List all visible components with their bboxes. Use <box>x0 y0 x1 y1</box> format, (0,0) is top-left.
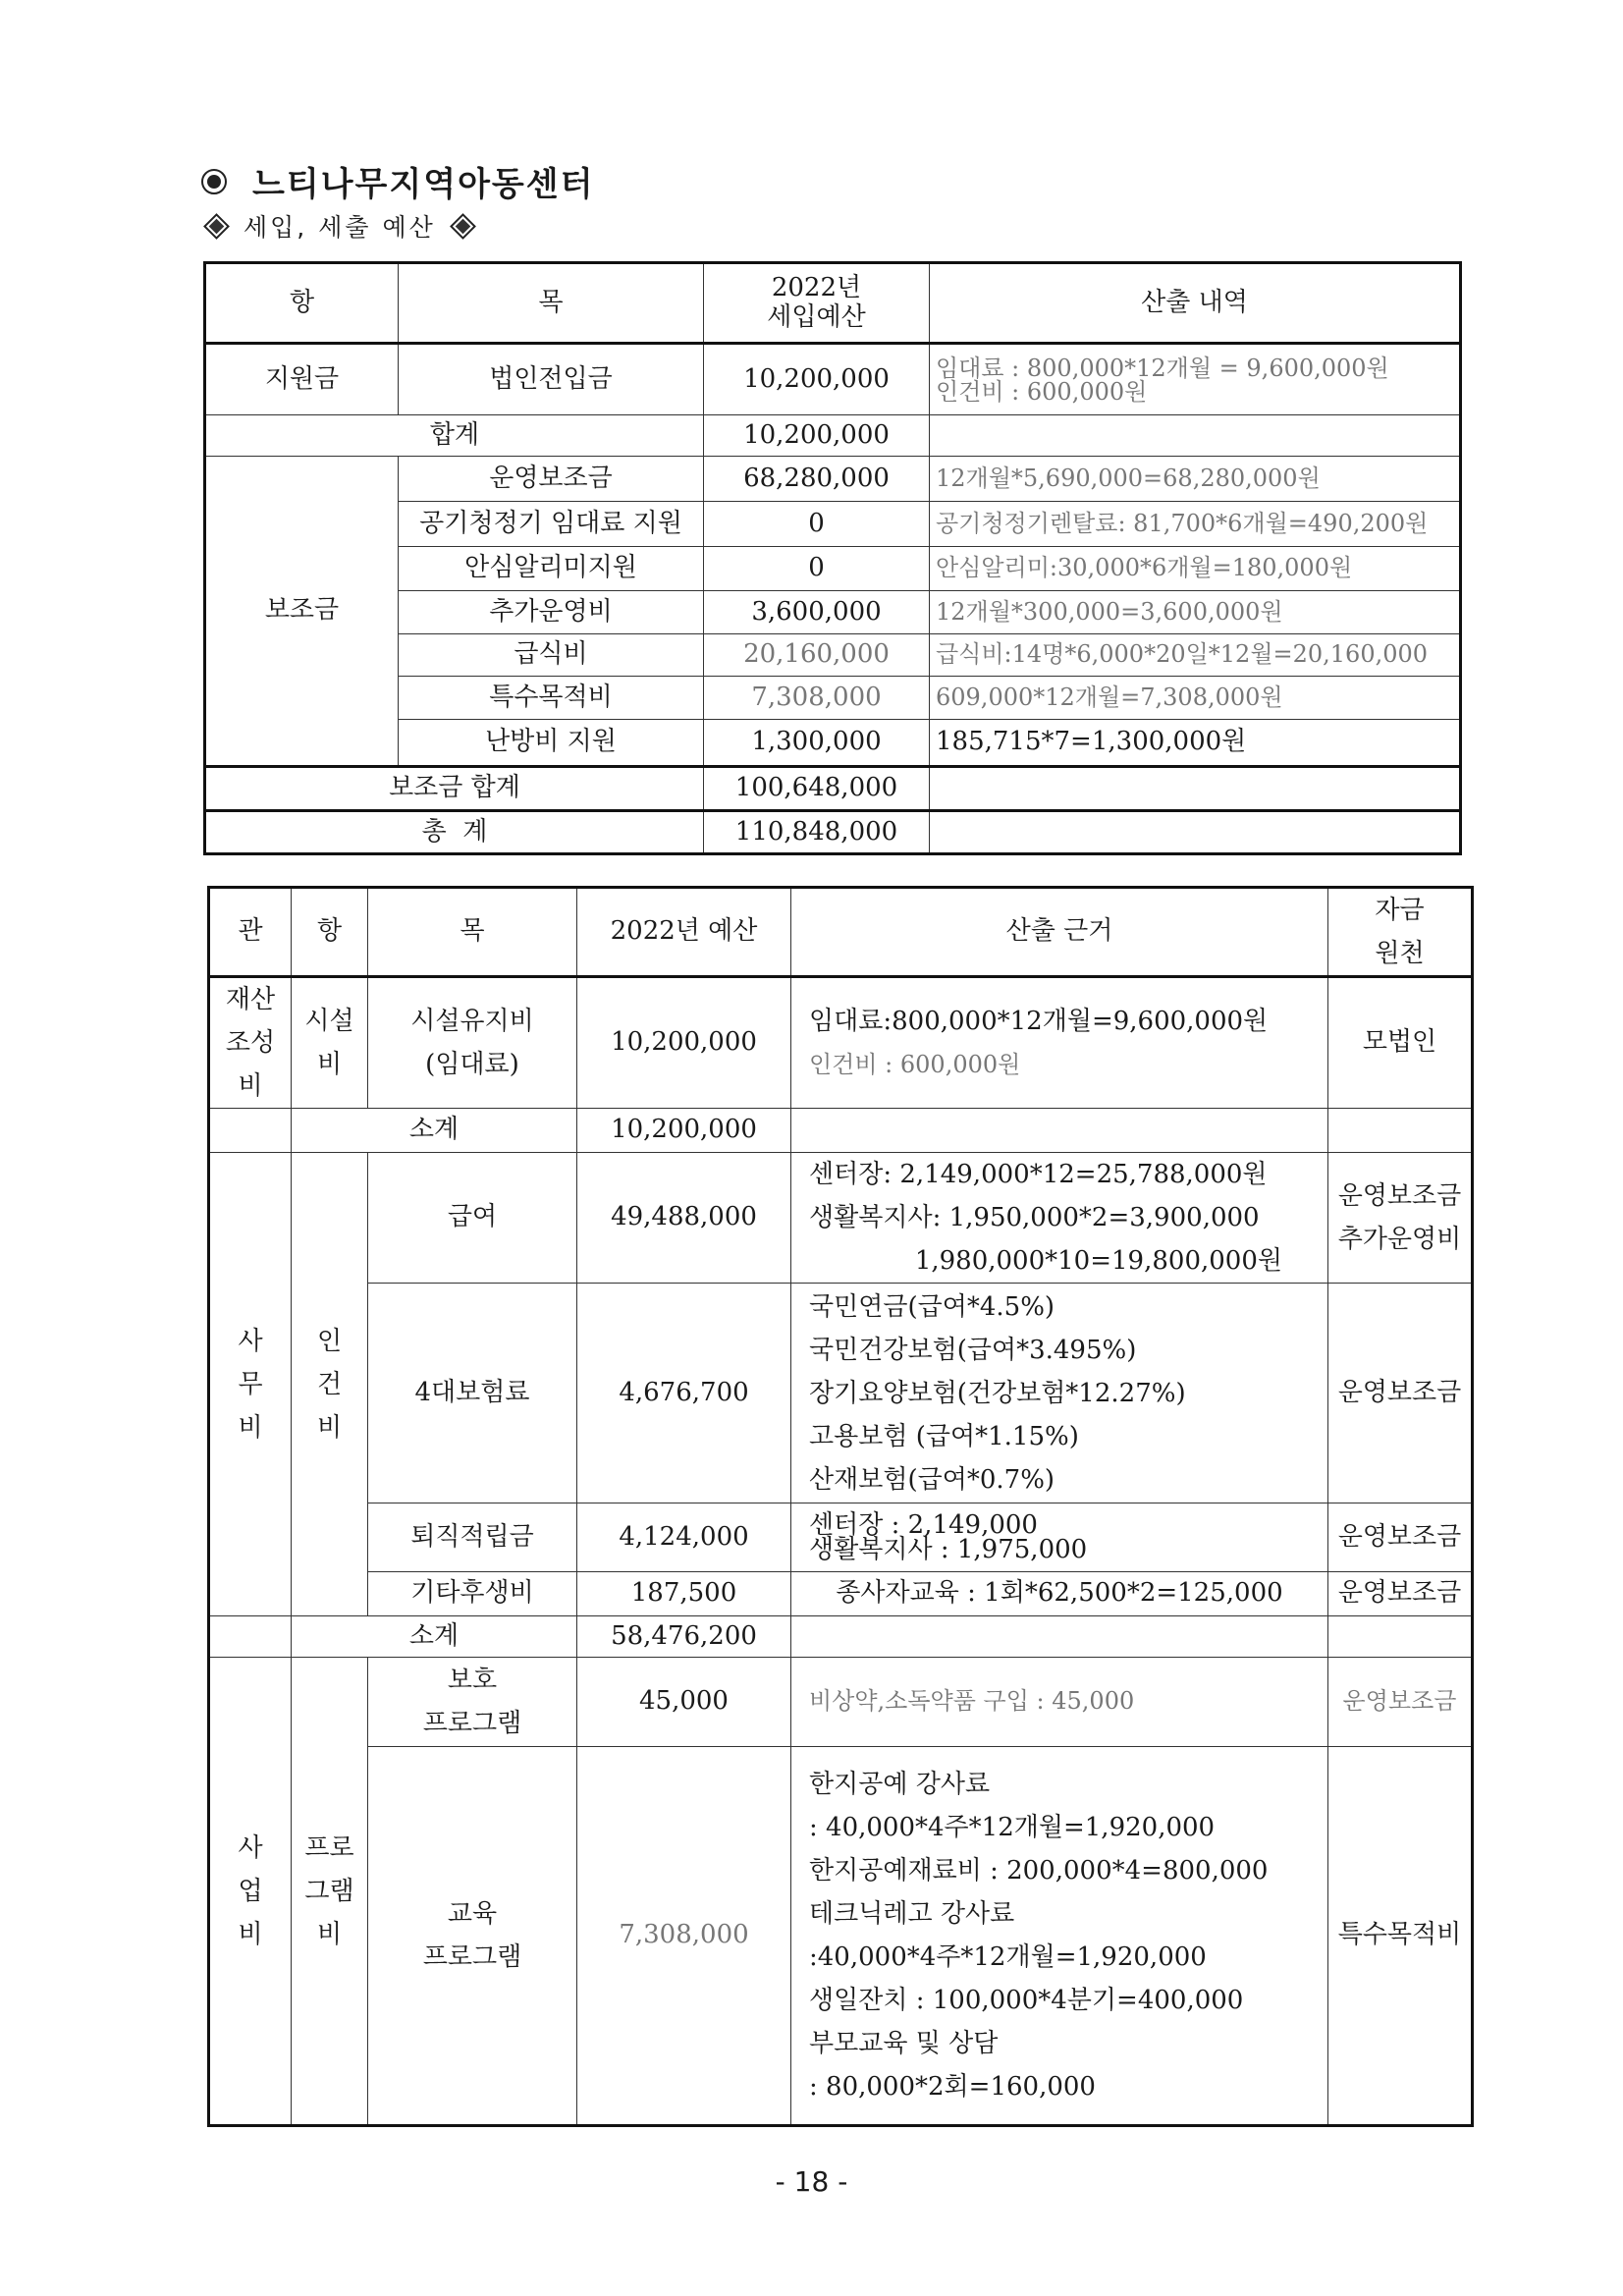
detail-cell: 임대료 : 800,000*12개월 = 9,600,000원 인건비 : 60… <box>930 344 1461 415</box>
hang-cell: 프로그램비 <box>292 1658 368 2126</box>
diamond-bullet-icon <box>450 213 476 240</box>
subtotal-row: 소계 58,476,200 <box>209 1616 1473 1658</box>
total-label: 합계 <box>205 415 704 457</box>
amount-cell: 10,200,000 <box>704 344 930 415</box>
circle-bullet-icon <box>201 169 227 194</box>
mok-cell: 법인전입금 <box>399 344 704 415</box>
grand-total-row: 총 계 110,848,000 <box>205 811 1461 854</box>
table-row: 합계 10,200,000 <box>205 415 1461 457</box>
page-number: - 18 - <box>0 2165 1623 2198</box>
table-row: 보조금 운영보조금 68,280,000 12개월*5,690,000=68,2… <box>205 457 1461 502</box>
table-row: 지원금 법인전입금 10,200,000 임대료 : 800,000*12개월 … <box>205 344 1461 415</box>
table-header-row: 관 항 목 2022년 예산 산출 근거 자금원천 <box>209 888 1473 977</box>
header-budget: 2022년세입예산 <box>704 263 930 344</box>
center-name: 느티나무지역아동센터 <box>252 157 594 205</box>
header-hang: 항 <box>205 263 399 344</box>
subtotal-row: 소계 10,200,000 <box>209 1109 1473 1153</box>
income-budget-table: 항 목 2022년세입예산 산출 내역 지원금 법인전입금 10,200,000… <box>203 261 1462 855</box>
header-gwan: 관 <box>209 888 292 977</box>
hang-cell: 지원금 <box>205 344 399 415</box>
gwan-cell: 사업비 <box>209 1658 292 2126</box>
page-title: 느티나무지역아동센터 <box>201 157 594 205</box>
mok-cell: 시설유지비(임대료) <box>368 977 577 1109</box>
header-hang: 항 <box>292 888 368 977</box>
table-row: 재산조성비 시설비 시설유지비(임대료) 10,200,000 임대료:800,… <box>209 977 1473 1109</box>
table-row: 4대보험료 4,676,700 국민연금(급여*4.5%)국민건강보험(급여*3… <box>209 1284 1473 1503</box>
hang-cell: 보조금 <box>205 457 399 767</box>
header-source: 자금원천 <box>1328 888 1473 977</box>
table-header-row: 항 목 2022년세입예산 산출 내역 <box>205 263 1461 344</box>
section-subtitle: 세입, 세출 예산 <box>201 208 478 244</box>
header-basis: 산출 근거 <box>791 888 1328 977</box>
subtitle-text: 세입, 세출 예산 <box>243 208 436 244</box>
total-amount: 10,200,000 <box>704 415 930 457</box>
hang-cell: 시설비 <box>292 977 368 1109</box>
header-mok: 목 <box>399 263 704 344</box>
header-mok: 목 <box>368 888 577 977</box>
header-budget: 2022년 예산 <box>577 888 791 977</box>
subsidy-total-row: 보조금 합계 100,648,000 <box>205 767 1461 811</box>
header-detail: 산출 내역 <box>930 263 1461 344</box>
gwan-cell: 재산조성비 <box>209 977 292 1109</box>
table-row: 사무비 인건비 급여 49,488,000 센터장: 2,149,000*12=… <box>209 1153 1473 1284</box>
table-row: 기타후생비 187,500 종사자교육 : 1회*62,500*2=125,00… <box>209 1572 1473 1616</box>
hang-cell: 인건비 <box>292 1153 368 1616</box>
gwan-cell: 사무비 <box>209 1153 292 1616</box>
table-row: 사업비 프로그램비 보호프로그램 45,000 비상약,소독약품 구입 : 45… <box>209 1658 1473 1747</box>
diamond-bullet-icon <box>203 213 230 240</box>
table-row: 퇴직적립금 4,124,000 센터장 : 2,149,000생활복지사 : 1… <box>209 1503 1473 1572</box>
table-row: 교육프로그램 7,308,000 한지공예 강사료: 40,000*4주*12개… <box>209 1747 1473 2126</box>
expense-budget-table: 관 항 목 2022년 예산 산출 근거 자금원천 재산조성비 시설비 시설유지… <box>207 886 1474 2127</box>
